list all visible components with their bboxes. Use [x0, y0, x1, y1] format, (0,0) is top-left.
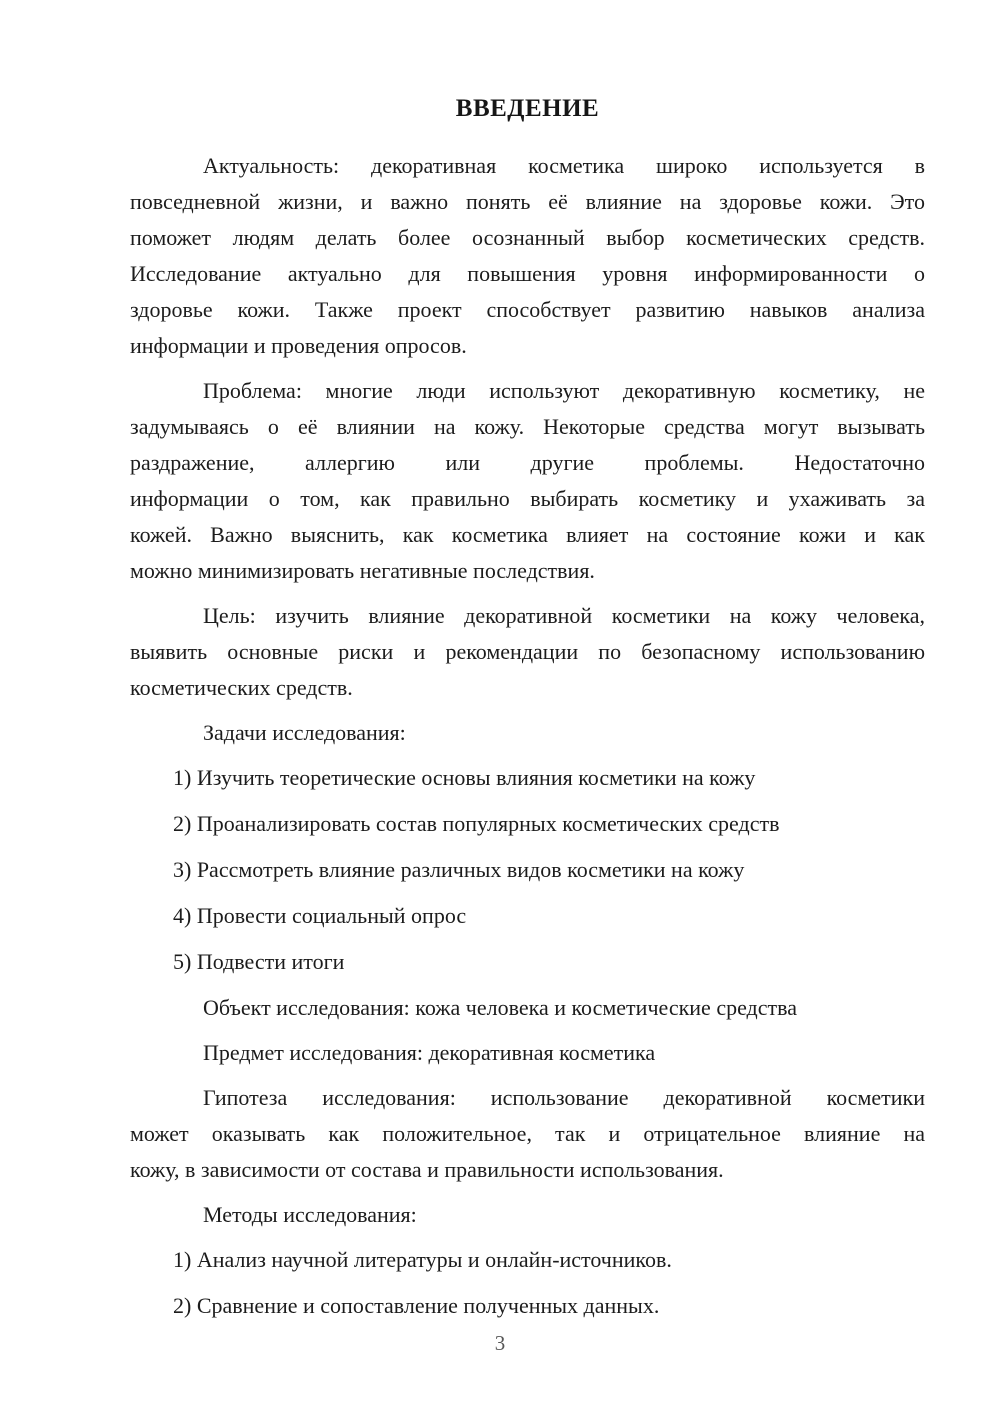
list-item: 4) Провести социальный опрос: [130, 898, 925, 934]
text-line: 5) Подвести итоги: [173, 944, 925, 980]
text-line: 4) Провести социальный опрос: [173, 898, 925, 934]
text-line: 2) Сравнение и сопоставление полученных …: [173, 1288, 925, 1324]
text-line: Исследование актуально для повышения уро…: [130, 256, 925, 292]
text-line: задумываясь о её влиянии на кожу. Некото…: [130, 409, 925, 445]
paragraph: Методы исследования:: [130, 1197, 925, 1233]
text-line: может оказывать как положительное, так и…: [130, 1116, 925, 1152]
text-line: кожу, в зависимости от состава и правиль…: [130, 1152, 925, 1188]
text-line: можно минимизировать негативные последст…: [130, 553, 925, 589]
page-number: 3: [0, 1331, 1000, 1356]
list-item: 2) Сравнение и сопоставление полученных …: [130, 1288, 925, 1324]
paragraph: Гипотеза исследования: использование дек…: [130, 1080, 925, 1188]
text-line: Методы исследования:: [130, 1197, 925, 1233]
text-line: информации и проведения опросов.: [130, 328, 925, 364]
text-line: 2) Проанализировать состав популярных ко…: [173, 806, 925, 842]
text-line: косметических средств.: [130, 670, 925, 706]
text-line: информации о том, как правильно выбирать…: [130, 481, 925, 517]
text-line: Проблема: многие люди используют декорат…: [130, 373, 925, 409]
text-line: Актуальность: декоративная косметика шир…: [130, 148, 925, 184]
paragraph: Актуальность: декоративная косметика шир…: [130, 148, 925, 364]
list-item: 1) Изучить теоретические основы влияния …: [130, 760, 925, 796]
document-body: Актуальность: декоративная косметика шир…: [130, 148, 925, 1334]
paragraph: Цель: изучить влияние декоративной косме…: [130, 598, 925, 706]
text-line: поможет людям делать более осознанный вы…: [130, 220, 925, 256]
list-item: 5) Подвести итоги: [130, 944, 925, 980]
text-line: здоровье кожи. Также проект способствует…: [130, 292, 925, 328]
text-line: Гипотеза исследования: использование дек…: [130, 1080, 925, 1116]
text-line: Цель: изучить влияние декоративной косме…: [130, 598, 925, 634]
text-line: 3) Рассмотреть влияние различных видов к…: [173, 852, 925, 888]
text-line: 1) Изучить теоретические основы влияния …: [173, 760, 925, 796]
text-line: выявить основные риски и рекомендации по…: [130, 634, 925, 670]
text-line: Объект исследования: кожа человека и кос…: [130, 990, 925, 1026]
document-page: ВВЕДЕНИЕ Актуальность: декоративная косм…: [0, 0, 1000, 1414]
text-line: Предмет исследования: декоративная косме…: [130, 1035, 925, 1071]
text-line: повседневной жизни, и важно понять её вл…: [130, 184, 925, 220]
text-line: раздражение, аллергию или другие проблем…: [130, 445, 925, 481]
list-item: 2) Проанализировать состав популярных ко…: [130, 806, 925, 842]
paragraph: Проблема: многие люди используют декорат…: [130, 373, 925, 589]
paragraph: Объект исследования: кожа человека и кос…: [130, 990, 925, 1026]
paragraph: Задачи исследования:: [130, 715, 925, 751]
text-line: кожей. Важно выяснить, как косметика вли…: [130, 517, 925, 553]
paragraph: Предмет исследования: декоративная косме…: [130, 1035, 925, 1071]
page-title: ВВЕДЕНИЕ: [130, 95, 925, 123]
text-line: 1) Анализ научной литературы и онлайн-ис…: [173, 1242, 925, 1278]
text-line: Задачи исследования:: [130, 715, 925, 751]
list-item: 1) Анализ научной литературы и онлайн-ис…: [130, 1242, 925, 1278]
list-item: 3) Рассмотреть влияние различных видов к…: [130, 852, 925, 888]
